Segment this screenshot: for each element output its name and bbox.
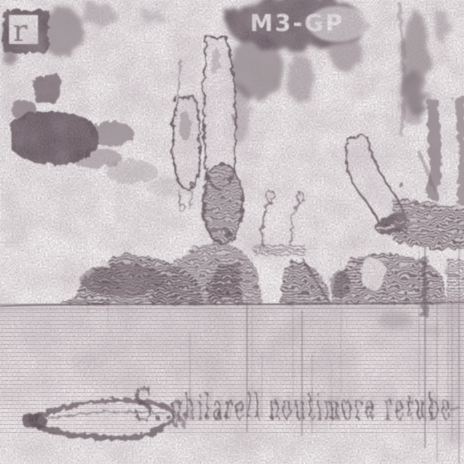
upper-mottle-overlay <box>0 0 464 250</box>
distorted-artwork: M3-GP r <box>0 0 464 464</box>
artwork-scene: M3-GP r <box>0 0 464 464</box>
